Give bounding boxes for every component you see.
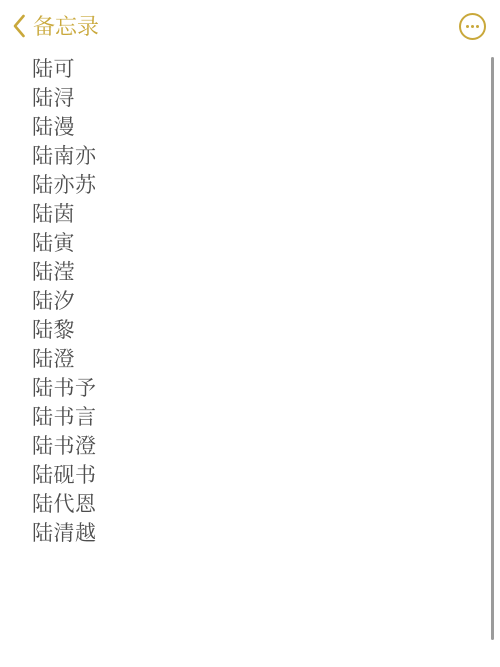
note-line: 陆书言 bbox=[32, 403, 480, 432]
note-line: 陆南亦 bbox=[32, 142, 480, 171]
notes-app-page: 备忘录 陆可 陆浔 陆漫 陆南亦 陆亦苏 陆茵 陆寅 陆滢 陆汐 陆黎 陆澄 bbox=[0, 0, 500, 667]
note-content[interactable]: 陆可 陆浔 陆漫 陆南亦 陆亦苏 陆茵 陆寅 陆滢 陆汐 陆黎 陆澄 陆书予 陆… bbox=[32, 52, 480, 667]
back-label: 备忘录 bbox=[33, 15, 99, 38]
note-line: 陆清越 bbox=[32, 519, 480, 548]
note-line: 陆砚书 bbox=[32, 461, 480, 490]
back-button[interactable]: 备忘录 bbox=[12, 14, 99, 38]
note-line: 陆书澄 bbox=[32, 432, 480, 461]
note-line: 陆亦苏 bbox=[32, 171, 480, 200]
note-line: 陆滢 bbox=[32, 258, 480, 287]
note-line: 陆漫 bbox=[32, 113, 480, 142]
note-line: 陆澄 bbox=[32, 345, 480, 374]
note-line: 陆茵 bbox=[32, 200, 480, 229]
ellipsis-circle-icon bbox=[466, 25, 469, 28]
more-options-button[interactable] bbox=[459, 13, 486, 40]
nav-bar: 备忘录 bbox=[0, 0, 500, 52]
scrollbar[interactable] bbox=[491, 57, 494, 640]
note-line: 陆书予 bbox=[32, 374, 480, 403]
note-line: 陆汐 bbox=[32, 287, 480, 316]
note-line: 陆寅 bbox=[32, 229, 480, 258]
note-line: 陆黎 bbox=[32, 316, 480, 345]
note-line: 陆浔 bbox=[32, 84, 480, 113]
note-line: 陆代恩 bbox=[32, 490, 480, 519]
chevron-left-icon bbox=[12, 14, 26, 38]
note-line: 陆可 bbox=[32, 55, 480, 84]
